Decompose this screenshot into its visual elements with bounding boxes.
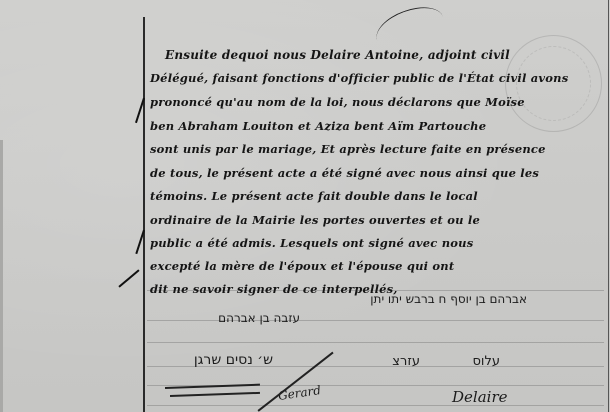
body-line-10: excepté la mère de l'époux et l'épouse q… bbox=[150, 259, 454, 273]
signature-hebrew-1: אברהם בן יוסף ח ברבש יתו יתן bbox=[322, 292, 527, 306]
body-line-7: témoins. Le présent acte fait double dan… bbox=[150, 189, 478, 203]
ruled-line bbox=[147, 342, 604, 343]
body-line-1: Ensuite dequoi nous Delaire Antoine, adj… bbox=[165, 48, 510, 62]
page-right-border bbox=[608, 0, 610, 412]
signature-hebrew-4: עזרצ bbox=[360, 354, 420, 369]
signature-gerard: Gerard bbox=[277, 383, 322, 403]
page-left-edge bbox=[0, 140, 3, 412]
signature-hebrew-3: ש׳ נסים שרגן bbox=[148, 352, 273, 368]
document-page: Ensuite dequoi nous Delaire Antoine, adj… bbox=[0, 0, 610, 412]
body-line-6: de tous, le présent acte a été signé ave… bbox=[150, 166, 539, 180]
margin-flourish bbox=[118, 269, 139, 287]
body-line-4: ben Abraham Louiton et Aziza bent Aïm Pa… bbox=[150, 119, 486, 133]
body-line-9: public a été admis. Lesquels ont signé a… bbox=[150, 236, 473, 250]
margin-rule bbox=[143, 17, 145, 412]
signature-hebrew-5: עלוס bbox=[455, 354, 500, 369]
body-line-5: sont unis par le mariage, Et après lectu… bbox=[150, 142, 546, 156]
body-line-8: ordinaire de la Mairie les portes ouvert… bbox=[150, 213, 480, 227]
signature-delaire: Delaire bbox=[452, 388, 508, 406]
signature-underline bbox=[170, 392, 260, 397]
body-line-2: Délégué, faisant fonctions d'officier pu… bbox=[150, 71, 568, 85]
ruled-line bbox=[147, 405, 604, 406]
body-line-3: prononcé qu'au nom de la loi, nous décla… bbox=[150, 95, 525, 109]
signature-hebrew-2: עזבה בן אברהם bbox=[190, 311, 300, 325]
